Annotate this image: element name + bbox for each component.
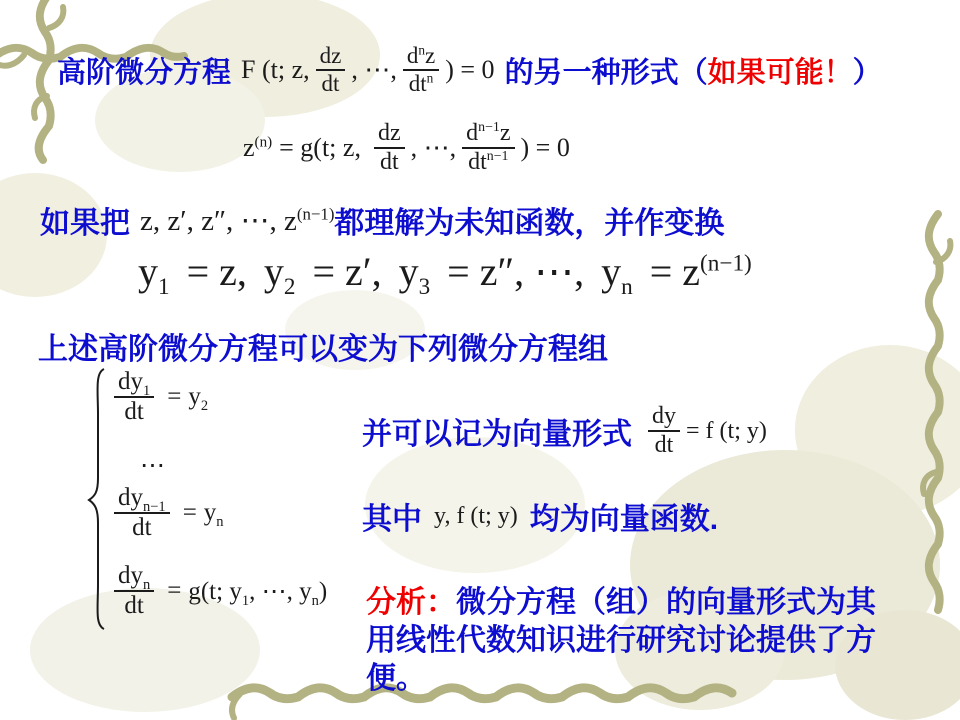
normal-form-suffix: ) = 0: [521, 133, 570, 163]
vector-note-tail: 均为向量函数.: [530, 494, 718, 538]
analysis-paragraph: 分析：微分方程（组）的向量形式为其用线性代数知识进行研究讨论提供了方便。: [366, 584, 894, 698]
vector-form-frac: dy dt: [648, 403, 680, 459]
assumption-vars: z, z′, z″, ⋯, z(n−1): [140, 203, 334, 238]
normal-form-frac1: dz dt: [374, 120, 405, 176]
normal-form-lhs: z(n): [243, 133, 272, 163]
vector-note-line: 其中 y, f (t; y) 均为向量函数.: [362, 494, 718, 538]
heading-title: 高阶微分方程: [57, 50, 231, 91]
heading-tail: 的另一种形式（: [505, 50, 708, 91]
system-brace: [84, 366, 108, 632]
formula-F-cdots: , ⋯,: [351, 55, 397, 85]
formula-F-frac2: dnz dtn: [403, 43, 439, 97]
substitution-formula: y1 = z, y2 = z′, y3 = z″, ⋯, yn = z(n−1): [138, 248, 752, 295]
formula-F-suffix: ) = 0: [445, 55, 494, 85]
heading-close-paren: ）: [853, 50, 882, 91]
vector-note-math: y, f (t; y): [434, 503, 518, 530]
formula-F-frac1: dz dt: [316, 43, 346, 97]
analysis-label: 分析：: [366, 586, 456, 619]
ode-system: dy1 dt = y2 ⋯ dyn−1 dt = yn dyn dt = g(t…: [84, 366, 384, 632]
vector-form-lead: 并可以记为向量形式: [362, 409, 632, 453]
assumption-lead: 如果把: [40, 198, 130, 242]
slide: 高阶微分方程 F (t; z, dz dt , ⋯, dnz dtn ) = 0…: [0, 0, 960, 720]
system-eq-1: dy1 dt = y2: [108, 368, 208, 426]
vector-form-rhs: = f (t; y): [686, 418, 767, 445]
normal-form-eq: = g(t; z,: [279, 133, 361, 163]
assumption-line: 如果把 z, z′, z″, ⋯, z(n−1) 都理解为未知函数，并作变换: [40, 192, 724, 248]
transform-note: 上述高阶微分方程可以变为下列微分方程组: [38, 324, 608, 368]
normal-form-frac2: dn−1z dtn−1: [462, 120, 514, 176]
heading-emphasis: 如果可能！: [708, 50, 853, 91]
vector-note-lead: 其中: [362, 494, 422, 538]
system-eq-3: dyn dt = g(t; y1, ⋯, yn): [108, 562, 327, 620]
normal-form-formula: z(n) = g(t; z, dz dt , ⋯, dn−1z dtn−1 ) …: [243, 112, 570, 184]
heading-line: 高阶微分方程 F (t; z, dz dt , ⋯, dnz dtn ) = 0…: [57, 35, 882, 105]
vector-form-line: 并可以记为向量形式 dy dt = f (t; y): [362, 398, 767, 464]
formula-F-prefix: F (t; z,: [241, 55, 310, 85]
normal-form-cdots: , ⋯,: [411, 133, 457, 163]
system-ellipsis: ⋯: [140, 450, 167, 480]
assumption-tail: 都理解为未知函数，并作变换: [334, 198, 724, 242]
system-eq-2: dyn−1 dt = yn: [108, 484, 224, 542]
